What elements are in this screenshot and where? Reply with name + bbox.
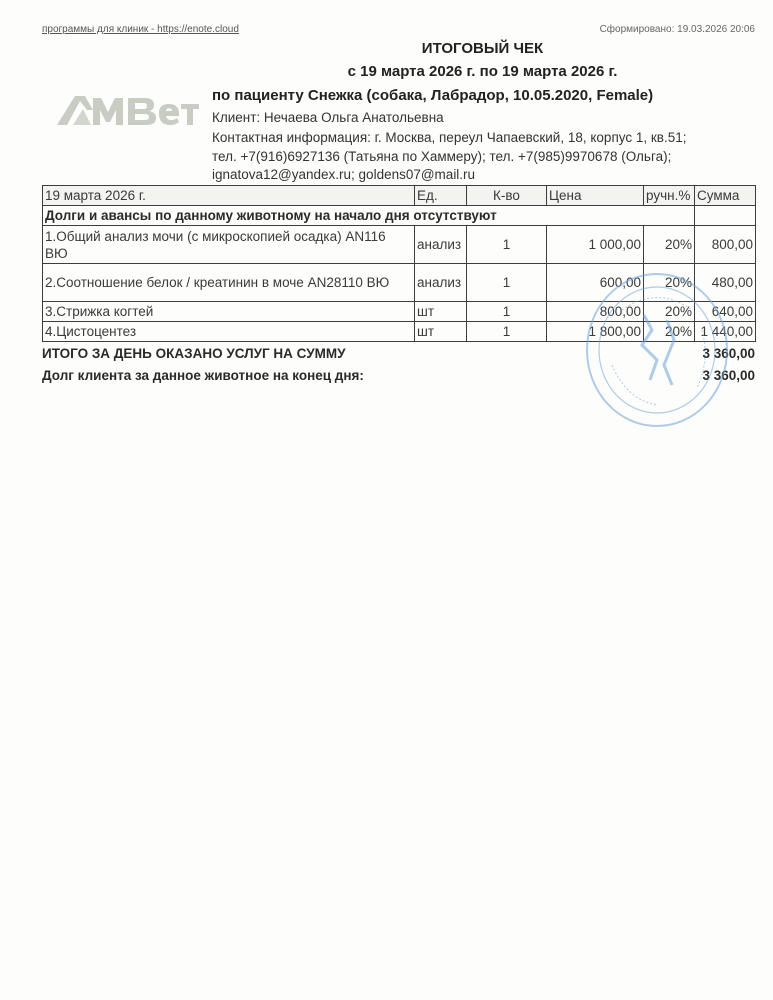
service-sum: 1 440,00: [695, 322, 756, 342]
document-period: с 19 марта 2026 г. по 19 марта 2026 г.: [0, 63, 773, 80]
table-header-row: 19 марта 2026 г. Ед. К-во Цена ручн.% Су…: [43, 186, 756, 206]
service-sum: 480,00: [695, 264, 756, 302]
service-discount: 20%: [644, 322, 695, 342]
table-row: 1.Общий анализ мочи (с микроскопией осад…: [43, 226, 756, 264]
client-debt-label: Долг клиента за данное животное на конец…: [42, 368, 364, 383]
patient-info: по пациенту Снежка (собака, Лабрадор, 10…: [212, 87, 653, 104]
column-header-price: Цена: [547, 186, 644, 206]
column-header-date: 19 марта 2026 г.: [43, 186, 415, 206]
client-name: Клиент: Нечаева Ольга Анатольевна: [212, 110, 444, 125]
debts-note: Долги и авансы по данному животному на н…: [43, 206, 695, 226]
column-header-discount: ручн.%: [644, 186, 695, 206]
service-name: 4.Цистоцентез: [43, 322, 415, 342]
contact-line: Контактная информация: г. Москва, переул…: [212, 130, 686, 145]
service-price: 800,00: [547, 302, 644, 322]
day-total: ИТОГО ЗА ДЕНЬ ОКАЗАНО УСЛУГ НА СУММУ 3 3…: [42, 346, 755, 364]
service-name: 3.Стрижка когтей: [43, 302, 415, 322]
service-unit: анализ: [415, 264, 467, 302]
service-discount: 20%: [644, 226, 695, 264]
clinic-logo: [55, 92, 200, 128]
service-unit: шт: [415, 302, 467, 322]
enote-link[interactable]: программы для клиник - https://enote.clo…: [42, 24, 239, 35]
table-row: 3.Стрижка когтей шт 1 800,00 20% 640,00: [43, 302, 756, 322]
debts-row: Долги и авансы по данному животному на н…: [43, 206, 756, 226]
services-table: 19 марта 2026 г. Ед. К-во Цена ручн.% Су…: [42, 185, 756, 342]
table-row: 4.Цистоцентез шт 1 1 800,00 20% 1 440,00: [43, 322, 756, 342]
contact-line: тел. +7(916)6927136 (Татьяна по Хаммеру)…: [212, 149, 671, 164]
column-header-qty: К-во: [467, 186, 547, 206]
service-price: 1 800,00: [547, 322, 644, 342]
service-discount: 20%: [644, 264, 695, 302]
client-debt: Долг клиента за данное животное на конец…: [42, 368, 755, 386]
debts-sum: [695, 206, 756, 226]
service-sum: 640,00: [695, 302, 756, 322]
service-qty: 1: [467, 302, 547, 322]
service-discount: 20%: [644, 302, 695, 322]
service-price: 600,00: [547, 264, 644, 302]
client-debt-value: 3 360,00: [702, 368, 755, 383]
day-total-label: ИТОГО ЗА ДЕНЬ ОКАЗАНО УСЛУГ НА СУММУ: [42, 346, 346, 361]
service-price: 1 000,00: [547, 226, 644, 264]
column-header-unit: Ед.: [415, 186, 467, 206]
service-qty: 1: [467, 264, 547, 302]
service-sum: 800,00: [695, 226, 756, 264]
document-title: ИТОГОВЫЙ ЧЕК: [0, 40, 773, 57]
service-name: 2.Соотношение белок / креатинин в моче A…: [43, 264, 415, 302]
service-name: 1.Общий анализ мочи (с микроскопией осад…: [43, 226, 415, 264]
contact-line: ignatova12@yandex.ru; goldens07@mail.ru: [212, 167, 475, 182]
service-unit: анализ: [415, 226, 467, 264]
service-unit: шт: [415, 322, 467, 342]
table-row: 2.Соотношение белок / креатинин в моче A…: [43, 264, 756, 302]
day-total-value: 3 360,00: [702, 346, 755, 361]
column-header-sum: Сумма: [695, 186, 756, 206]
service-qty: 1: [467, 322, 547, 342]
generated-timestamp: Сформировано: 19.03.2026 20:06: [600, 24, 755, 35]
service-qty: 1: [467, 226, 547, 264]
